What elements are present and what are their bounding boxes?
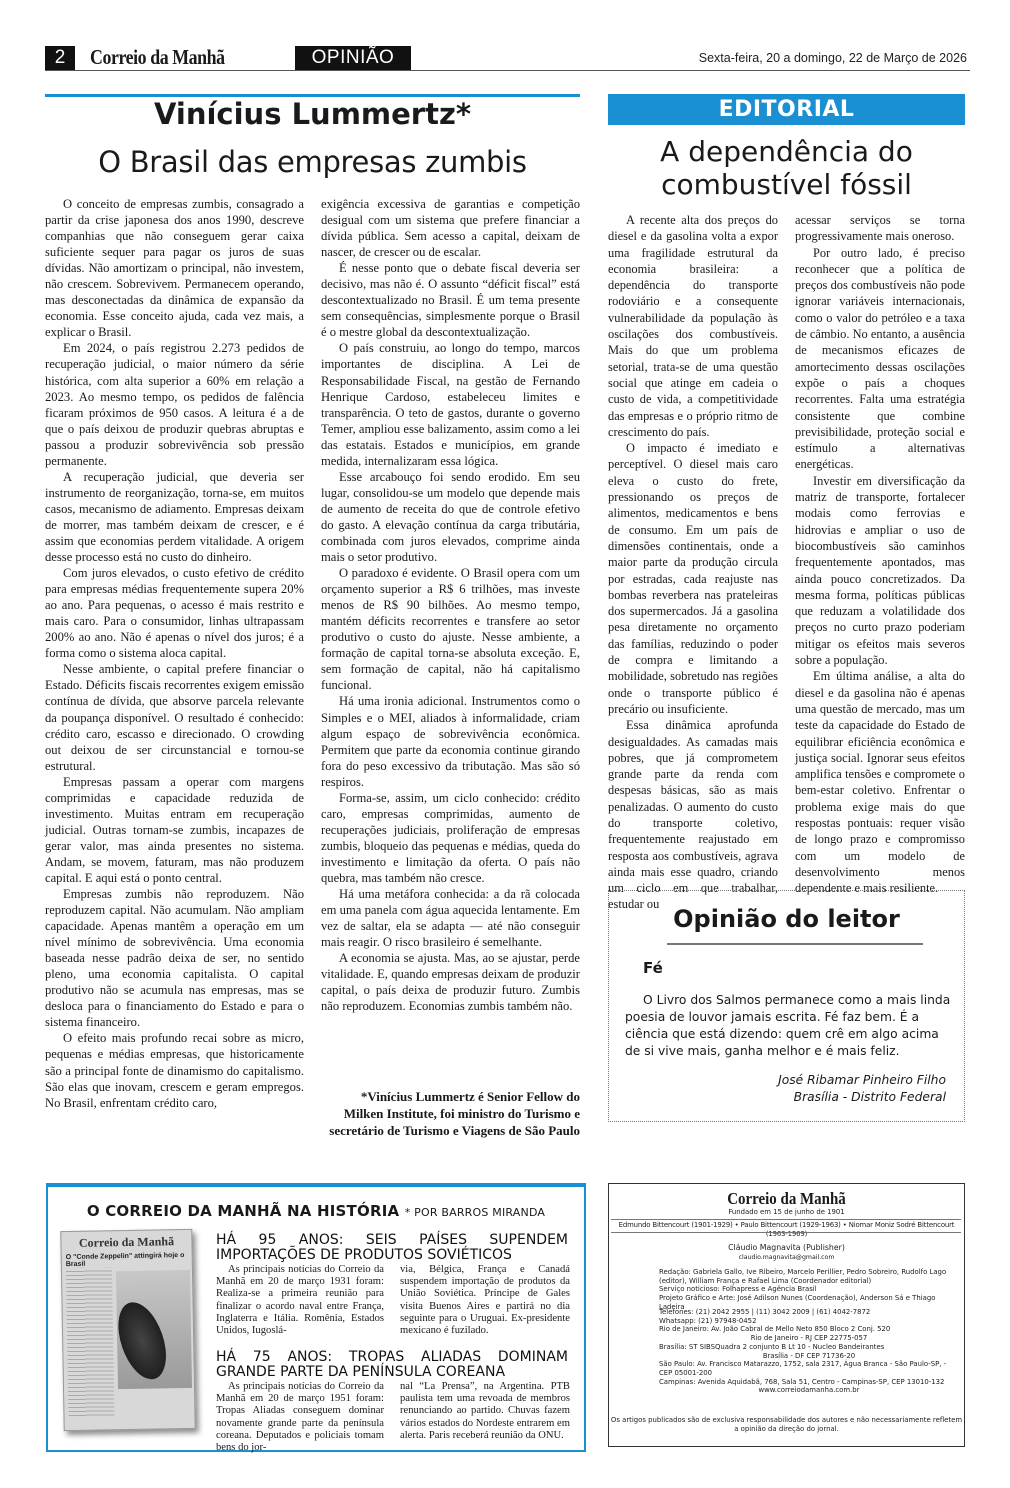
reader-opinion-title: Opinião do leitor xyxy=(609,905,964,933)
author-bio: *Vinícius Lummertz é Senior Fellow do Mi… xyxy=(321,1088,580,1139)
paragraph: O paradoxo é evidente. O Brasil opera co… xyxy=(321,565,580,693)
paragraph: O Livro dos Salmos permanece como a mais… xyxy=(625,992,955,1060)
reader-opinion-box: Opinião do leitor Fé O Livro dos Salmos … xyxy=(608,890,965,1122)
expedient-box: Correio da Manhã Fundado em 15 de junho … xyxy=(608,1183,965,1447)
history-text-2b: nal “La Prensa”, na Argentina. PTB pauli… xyxy=(400,1381,570,1442)
archive-newspaper-image: Correio da Manhã O "Conde Zeppelin" atti… xyxy=(60,1229,195,1431)
paragraph: As principais notícias do Correio da Man… xyxy=(216,1381,384,1454)
contacts-list: Telefones: (21) 2042 2955 | (11) 3042 20… xyxy=(659,1308,959,1395)
letter-signature: José Ribamar Pinheiro Filho Brasília - D… xyxy=(778,1072,946,1106)
paragraph: exigência excessiva de garantias e compe… xyxy=(321,196,580,260)
history-byline: * POR BARROS MIRANDA xyxy=(405,1206,545,1219)
history-headline-2: HÁ 75 ANOS: TROPAS ALIADAS DOMINAM GRAND… xyxy=(216,1350,568,1380)
article-column-2: exigência excessiva de garantias e compe… xyxy=(321,196,580,1014)
history-box: O CORREIO DA MANHÃ NA HISTÓRIA * POR BAR… xyxy=(46,1183,586,1452)
divider xyxy=(611,1232,961,1233)
history-text-1a: As principais notícias do Correio da Man… xyxy=(216,1264,384,1337)
article-author: Vinícius Lummertz* xyxy=(45,97,580,131)
history-title-text: O CORREIO DA MANHÃ NA HISTÓRIA xyxy=(87,1202,399,1220)
paragraph: Há uma ironia adicional. Instrumentos co… xyxy=(321,693,580,789)
editorial-label: EDITORIAL xyxy=(608,94,965,125)
paragraph: É nesse ponto que o debate fiscal deveri… xyxy=(321,260,580,340)
section-label: OPINIÃO xyxy=(295,46,411,70)
paragraph: O efeito mais profundo recai sobre as mi… xyxy=(45,1030,304,1110)
history-headline-1: HÁ 95 ANOS: SEIS PAÍSES SUPENDEM IMPORTA… xyxy=(216,1233,568,1263)
history-title: O CORREIO DA MANHÃ NA HISTÓRIA * POR BAR… xyxy=(48,1202,584,1220)
masthead-logo: Correio da Manhã xyxy=(90,45,225,70)
paragraph: A recuperação judicial, que deveria ser … xyxy=(45,469,304,565)
paragraph: Em 2024, o país registrou 2.273 pedidos … xyxy=(45,340,304,468)
contact-phones: Telefones: (21) 2042 2955 | (11) 3042 20… xyxy=(659,1308,959,1317)
publisher: Cláudio Magnavita (Publisher) xyxy=(609,1244,964,1253)
letter-body: O Livro dos Salmos permanece como a mais… xyxy=(625,992,955,1060)
paragraph: Nesse ambiente, o capital prefere financ… xyxy=(45,661,304,773)
paragraph: A recente alta dos preços do diesel e da… xyxy=(608,212,778,440)
paragraph: Empresas zumbis não reproduzem. Não repr… xyxy=(45,886,304,1030)
article-column-1: O conceito de empresas zumbis, consagrad… xyxy=(45,196,304,1111)
archive-text-lines xyxy=(66,1267,115,1418)
history-text-2a: As principais notícias do Correio da Man… xyxy=(216,1381,384,1454)
paragraph: acessar serviços se torna progressivamen… xyxy=(795,212,965,245)
contact-rio-cep: Rio de Janeiro - RJ CEP 22775-057 xyxy=(659,1334,959,1343)
letter-location: Brasília - Distrito Federal xyxy=(778,1089,946,1106)
page-number: 2 xyxy=(45,46,75,70)
paragraph: Investir em diversificação da matriz de … xyxy=(795,473,965,669)
staff-news-service: Serviço noticioso: Folhapress e Agência … xyxy=(659,1285,959,1294)
contact-campinas: Campinas: Avenida Aquidabã, 768, Sala 51… xyxy=(659,1378,959,1387)
paragraph: O conceito de empresas zumbis, consagrad… xyxy=(45,196,304,340)
staff-list: Redação: Gabriela Gallo, Ive Ribeiro, Ma… xyxy=(659,1268,959,1312)
editorial-column-1: A recente alta dos preços do diesel e da… xyxy=(608,212,778,913)
paragraph: Esse arcabouço foi sendo erodido. Em seu… xyxy=(321,469,580,565)
expedient-masthead: Correio da Manhã xyxy=(630,1189,942,1209)
paragraph: Com juros elevados, o custo efetivo de c… xyxy=(45,565,304,661)
editorial-title: A dependência do combustível fóssil xyxy=(608,135,965,201)
paragraph: O país construiu, ao longo do tempo, mar… xyxy=(321,340,580,468)
publisher-email[interactable]: claudio.magnavita@gmail.com xyxy=(609,1254,964,1263)
paragraph: O impacto é imediato e perceptível. O di… xyxy=(608,440,778,717)
letter-author: José Ribamar Pinheiro Filho xyxy=(778,1072,946,1089)
divider xyxy=(611,1219,961,1220)
paragraph: As principais notícias do Correio da Man… xyxy=(216,1264,384,1337)
disclaimer: Os artigos publicados são de exclusiva r… xyxy=(609,1416,964,1433)
paragraph: Há uma metáfora conhecida: a da rã coloc… xyxy=(321,886,580,950)
contact-rio: Rio de Janeiro: Av. João Cabral de Mello… xyxy=(659,1325,959,1334)
contact-whatsapp: Whatsapp: (21) 97948-0452 xyxy=(659,1317,959,1326)
paragraph: Empresas passam a operar com margens com… xyxy=(45,774,304,886)
contact-sao-paulo: São Paulo: Av. Francisco Matarazzo, 1752… xyxy=(659,1360,959,1377)
paragraph: Essa dinâmica aprofunda desigualdades. A… xyxy=(608,717,778,913)
contact-brasilia: Brasília: ST SIBSQuadra 2 conjunto B Lt … xyxy=(659,1343,959,1352)
paragraph: Por outro lado, é preciso reconhecer que… xyxy=(795,245,965,473)
dateline: Sexta-feira, 20 a domingo, 22 de Março d… xyxy=(699,51,967,65)
article-title: O Brasil das empresas zumbis xyxy=(45,145,580,179)
founders-line: Edmundo Bittencourt (1901-1929) • Paulo … xyxy=(609,1221,964,1238)
editorial-column-2: acessar serviços se torna progressivamen… xyxy=(795,212,965,896)
website-link[interactable]: www.correiodamanha.com.br xyxy=(659,1386,959,1395)
title-underline xyxy=(667,943,923,945)
founded-date: Fundado em 15 de junho de 1901 xyxy=(609,1208,964,1217)
staff-newsroom: Redação: Gabriela Gallo, Ive Ribeiro, Ma… xyxy=(659,1268,959,1285)
letter-subtitle: Fé xyxy=(643,959,663,977)
archive-headline: O "Conde Zeppelin" attingirá hoje o Bras… xyxy=(66,1252,190,1268)
contact-brasilia-cep: Brasília - DF CEP 71736-20 xyxy=(659,1352,959,1361)
paragraph: A economia se ajusta. Mas, ao se ajustar… xyxy=(321,950,580,1014)
paragraph: Forma-se, assim, um ciclo conhecido: cré… xyxy=(321,790,580,886)
archive-masthead: Correio da Manhã xyxy=(61,1234,191,1251)
paragraph: Em última análise, a alta do diesel e da… xyxy=(795,668,965,896)
history-text-1b: via, Bélgica, França e Canadá suspendem … xyxy=(400,1264,570,1337)
